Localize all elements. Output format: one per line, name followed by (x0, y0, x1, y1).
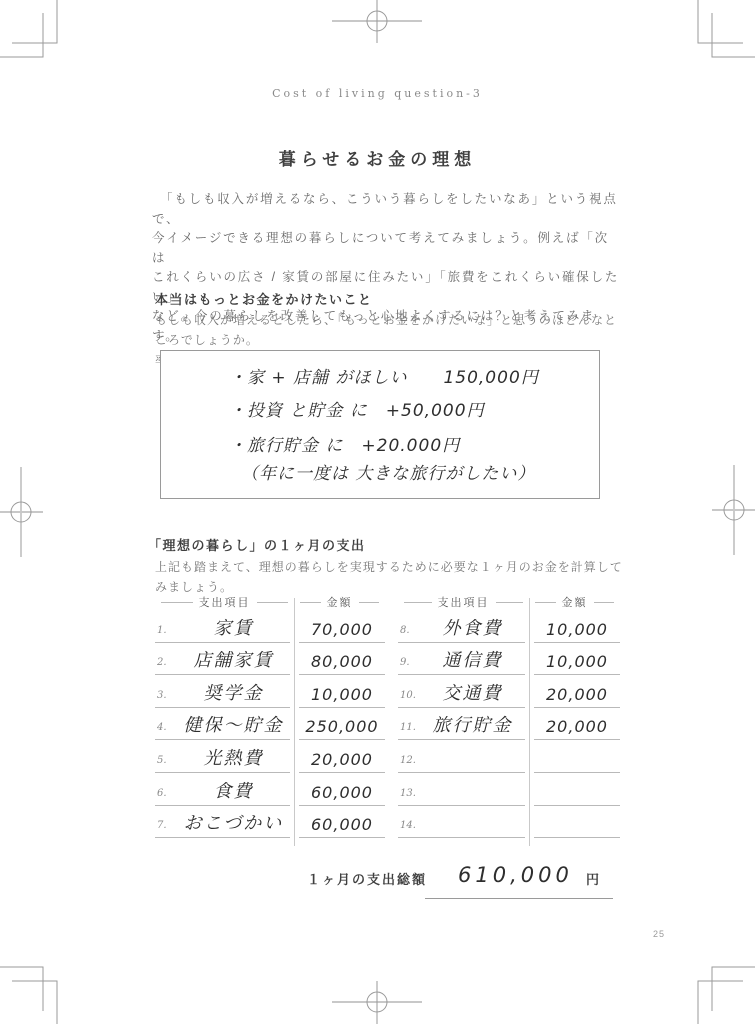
expense-item: おこづかい (177, 809, 290, 837)
expense-item: 店舗家賃 (177, 646, 290, 674)
total-label: １ヶ月の支出総額 (307, 869, 427, 888)
row-number: 10. (398, 690, 420, 707)
page-number: 25 (653, 929, 665, 939)
expense-amount: 10,000 (311, 685, 373, 707)
expense-amount: 250,000 (305, 717, 378, 739)
free-write-box: ・家 + 店舗 がほしい 150,000円 ・投資 と貯金 に +50,000円… (160, 350, 600, 499)
expense-item: 外食費 (420, 614, 525, 642)
item-column-header: 支出項目 (199, 594, 251, 610)
total-amount: 610,000 (458, 863, 573, 887)
registration-mark-bottom-center-icon (332, 978, 422, 1024)
expense-item (420, 803, 525, 805)
registration-mark-top-center-icon (332, 0, 422, 46)
rule-line (300, 602, 321, 603)
item-column-header: 支出項目 (438, 594, 490, 610)
row-number: 9. (398, 657, 420, 674)
expense-item: 通信費 (420, 646, 525, 674)
handwritten-note: （年に一度は 大きな旅行がしたい） (241, 459, 535, 484)
row-number: 5. (155, 755, 177, 772)
registration-mark-right-icon (709, 465, 755, 555)
table-header: 支出項目 金額 (155, 594, 385, 610)
handwritten-note: ・家 + 店舗 がほしい 150,000円 (229, 363, 539, 388)
table-row: 14. (398, 806, 620, 839)
rule-line (404, 602, 432, 603)
section2-description: 上記も踏まえて、理想の暮らしを実現するために必要な１ヶ月のお金を計算してみましょ… (155, 557, 635, 597)
table-row: 5.光熱費 20,000 (155, 740, 385, 773)
total-underline (425, 898, 613, 899)
row-number: 1. (155, 625, 177, 642)
page-eyebrow: Cost of living question-3 (0, 87, 755, 100)
rule-line (594, 602, 615, 603)
table-row: 12. (398, 740, 620, 773)
row-number: 7. (155, 820, 177, 837)
expense-item: 健保〜貯金 (177, 711, 290, 739)
rule-line (496, 602, 524, 603)
row-number: 8. (398, 625, 420, 642)
section2-heading: 「理想の暮らし」の１ヶ月の支出 (148, 535, 366, 554)
amount-column-header: 金額 (562, 594, 588, 610)
trim-mark-top-left-icon (0, 0, 60, 60)
expense-table-left: 支出項目 金額 1.家賃 70,000 2.店舗家賃 80,000 3.奨学金 … (155, 594, 385, 846)
table-row: 7.おこづかい 60,000 (155, 806, 385, 839)
section1-heading: 本当はもっとお金をかけたいこと (155, 289, 373, 308)
registration-mark-left-icon (0, 467, 46, 557)
expense-amount: 10,000 (546, 652, 608, 674)
expense-item: 奨学金 (177, 679, 290, 707)
trim-mark-bottom-right-icon (695, 964, 755, 1024)
workbook-page: Cost of living question-3 暮らせるお金の理想 「もしも… (0, 0, 755, 1024)
table-row: 6.食費 60,000 (155, 773, 385, 806)
row-number: 3. (155, 690, 177, 707)
expense-amount: 10,000 (546, 620, 608, 642)
table-header: 支出項目 金額 (398, 594, 620, 610)
row-number: 14. (398, 820, 420, 837)
table-row: 2.店舗家賃 80,000 (155, 643, 385, 676)
handwritten-note: ・投資 と貯金 に +50,000円 (229, 396, 485, 421)
table-row: 10.交通費 20,000 (398, 675, 620, 708)
expense-item (420, 770, 525, 772)
table-row: 9.通信費 10,000 (398, 643, 620, 676)
expense-amount: 20,000 (546, 685, 608, 707)
expense-amount: 20,000 (546, 717, 608, 739)
expense-amount: 70,000 (311, 620, 373, 642)
expense-item: 交通費 (420, 679, 525, 707)
trim-mark-bottom-left-icon (0, 964, 60, 1024)
expense-amount: 60,000 (311, 815, 373, 837)
row-number: 6. (155, 788, 177, 805)
expense-item: 家賃 (177, 614, 290, 642)
row-number: 11. (398, 722, 420, 739)
row-number: 4. (155, 722, 177, 739)
expense-amount: 80,000 (311, 652, 373, 674)
expense-item (420, 835, 525, 837)
total-unit: 円 (586, 869, 600, 888)
table-row: 8.外食費 10,000 (398, 610, 620, 643)
expense-amount: 20,000 (311, 750, 373, 772)
row-number: 2. (155, 657, 177, 674)
rule-line (161, 602, 193, 603)
page-title: 暮らせるお金の理想 (0, 145, 755, 170)
table-row: 4.健保〜貯金 250,000 (155, 708, 385, 741)
trim-mark-top-right-icon (695, 0, 755, 60)
table-row: 3.奨学金 10,000 (155, 675, 385, 708)
table-row: 13. (398, 773, 620, 806)
row-number: 13. (398, 788, 420, 805)
expense-table-right: 支出項目 金額 8.外食費 10,000 9.通信費 10,000 10.交通費… (398, 594, 620, 846)
expense-item: 光熱費 (177, 744, 290, 772)
expense-item: 食費 (177, 777, 290, 805)
table-row: 11.旅行貯金 20,000 (398, 708, 620, 741)
amount-column-header: 金額 (327, 594, 353, 610)
table-row: 1.家賃 70,000 (155, 610, 385, 643)
rule-line (535, 602, 556, 603)
rule-line (257, 602, 289, 603)
handwritten-note: ・旅行貯金 に +20.000円 (229, 431, 460, 456)
expense-item: 旅行貯金 (420, 711, 525, 739)
expense-amount: 60,000 (311, 783, 373, 805)
rule-line (359, 602, 380, 603)
row-number: 12. (398, 755, 420, 772)
